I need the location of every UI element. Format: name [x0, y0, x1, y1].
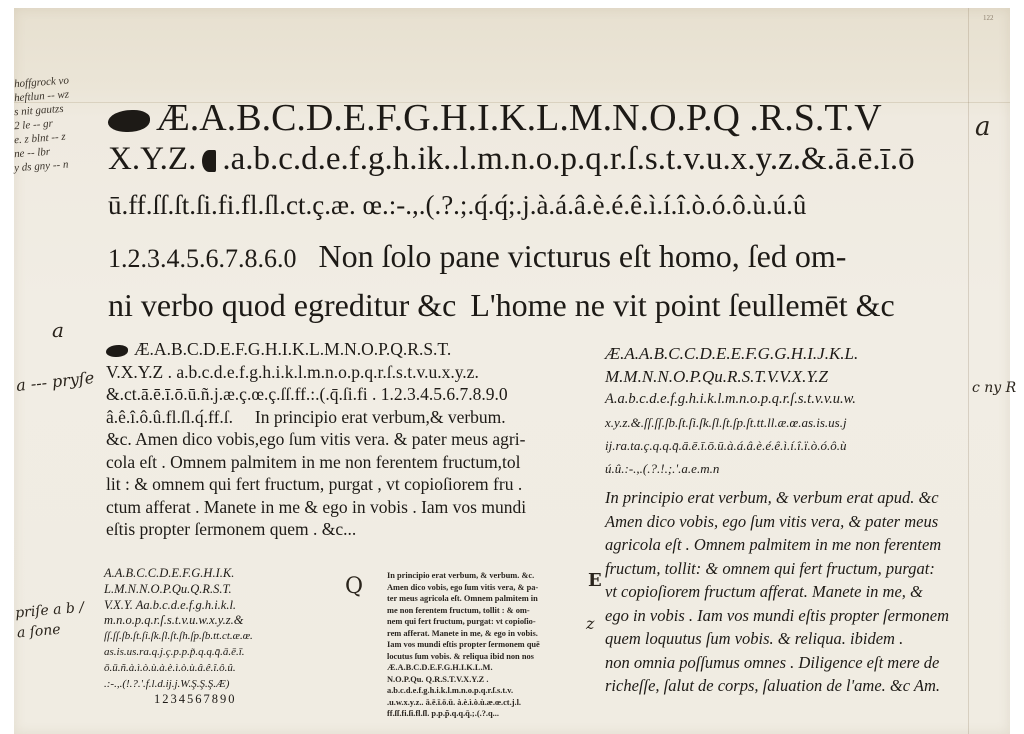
- main-uppercase-line: Æ.A.B.C.D.E.F.G.H.I.K.L.M.N.O.P.Q .R.S.T…: [108, 96, 882, 140]
- specimen-line: M.M.N.N.O.P.Qu.R.S.T.V.V.X.Y.Z: [605, 365, 967, 388]
- specimen-line: ego in vobis . Iam vos mundi eſtis propt…: [605, 604, 967, 628]
- specimen-line: ter meus agricola eſt. Omnem palmitem in: [387, 593, 587, 605]
- specimen-line: x.y.z.&.ſſ.ſſ.ſb.ſt.ſi.ſk.ſl.ſt.ſp.ſt.tt…: [605, 411, 967, 434]
- latin-text-1: Non ſolo pane victurus eſt homo, ſed om-: [319, 238, 847, 274]
- specimen-line: Iam vos mundi eſtis propter ſermonem quē: [387, 639, 587, 651]
- specimen-line: m.n.o.p.q.r.ſ.s.t.v.u.w.x.y.z.&: [104, 613, 344, 629]
- specimen-line: vt copioſiorem fructum afferat. Manete i…: [605, 580, 967, 604]
- italic-text-block: In principio erat verbum, & verbum erat …: [605, 486, 967, 698]
- specimen-line: ff.ſſ.fi.ſi.fl.ſl. p.p.p̃.q.q.q̄.;.(.?.q…: [387, 708, 587, 720]
- specimen-line: a.b.c.d.e.f.g.h.i.k.l.m.n.o.p.q.r.ſ.s.t.…: [387, 685, 587, 697]
- tiny-roman-specimen-block: In principio erat verbum, & verbum. &c. …: [387, 570, 587, 720]
- marginalia-top-left: hoffgrock vo heftlun -- wz s nit gautzs …: [14, 74, 109, 172]
- main-lowercase-line: X.Y.Z..a.b.c.d.e.f.g.h.ik..l.m.n.o.p.q.r…: [108, 141, 915, 178]
- specimen-line: In principio erat verbum, & verbum. &c.: [387, 570, 587, 582]
- specimen-line: A.a.b.c.d.e.f.g.h.i.k.l.m.n.o.p.q.r.ſ.s.…: [605, 388, 967, 411]
- latin-text-2: ni verbo quod egreditur &c: [108, 287, 456, 323]
- specimen-line: eſtis propter ſermonem quem . &c...: [106, 518, 588, 541]
- roman-specimen-block: Æ.A.B.C.D.E.F.G.H.I.K.L.M.N.O.P.Q.R.S.T.…: [106, 338, 588, 541]
- specimen-line: nem qui fert fructum, purgat: vt copioſi…: [387, 616, 587, 628]
- marginal-mark-z: z: [586, 614, 594, 633]
- specimen-line: rem afferat. Manete in me, & ego in vobi…: [387, 628, 587, 640]
- specimen-line: ctum afferat . Manete in me & ego in vob…: [106, 496, 588, 519]
- small-italic-specimen-block: A.A.B.C.C.D.E.F.G.H.I.K. L.M.N.N.O.P.Qu.…: [104, 566, 344, 708]
- specimen-line: ſſ.ſſ.ſb.ſt.ſi.ſk.ſl.ſt.ſh.ſp.ſb.tt.ct.æ…: [104, 629, 344, 645]
- numerals: 1.2.3.4.5.6.7.8.6.0: [108, 244, 297, 273]
- specimen-line: L.M.N.N.O.P.Qu.Q.R.S.T.: [104, 582, 344, 598]
- specimen-line: Amen dico vobis, ego ſum vitis vera, & p…: [387, 582, 587, 594]
- marginal-mark-left: a: [52, 318, 64, 342]
- specimen-line: â.ê.î.ô.û.fl.ſl.q́.ff.ſ. In principio er…: [106, 406, 588, 429]
- marginal-mark-e: E: [588, 570, 602, 591]
- specimen-line: quem loquutus ſum vobis. & reliqua. ibid…: [605, 627, 967, 651]
- specimen-line: ō.ū.ñ.à.ì.ò.ù.à.è.ì.ò.ù.â.ê.î.ô.û.: [104, 661, 344, 677]
- specimen-line: A.A.B.C.C.D.E.F.G.H.I.K.: [104, 566, 344, 582]
- specimen-line: richeſſe, ſalut de corps, ſaluation de l…: [605, 674, 967, 698]
- specimen-line: me non ferentem fructum, tollit : & om-: [387, 605, 587, 617]
- specimen-line: &.ct.ā.ē.ī.ō.ū.ñ.j.æ.ç.œ.ç.ſſ.ff.:.(.q̄.…: [106, 383, 588, 406]
- french-text: L'home ne vit point ſeullemēt &c: [470, 287, 894, 323]
- pilcrow-icon: [202, 150, 216, 172]
- specimen-line: fructum, tollit: & omnem qui fert fructu…: [605, 557, 967, 581]
- specimen-line: lit : & omnem qui fert fructum, purgat ,…: [106, 473, 588, 496]
- specimen-line: Æ.A.A.B.C.C.D.E.E.F.G.G.H.I.J.K.L.: [605, 342, 967, 365]
- specimen-line: .:-.,.(!.?.'.f.l.d.ij.j.W.Ş.Ş.Ş.Æ): [104, 677, 344, 693]
- marginal-mark-q: Q: [345, 574, 363, 599]
- specimen-line: In principio erat verbum, & verbum erat …: [605, 486, 967, 510]
- marginal-note-right-mid: c ny R: [972, 380, 1016, 396]
- main-ligature-line: ū.ff.ſſ.ſt.ſi.fi.fl.ſl.ct.ç.æ. œ.:-.,.(.…: [108, 190, 806, 221]
- marginal-note-left-low: priſe a b / a ſone: [14, 597, 97, 644]
- specimen-line: V.X.Y. Aa.b.c.d.e.f.g.h.i.k.l.: [104, 598, 344, 614]
- specimen-line: cola eſt . Omnem palmitem in me non fere…: [106, 451, 588, 474]
- specimen-line: non omnia poſſumus omnes . Diligence eſt…: [605, 651, 967, 675]
- specimen-line: agricola eſt . Omnem palmitem in me non …: [605, 533, 967, 557]
- specimen-line: Æ.A.B.C.D.E.F.G.H.I.K.L.M.N.O.P.Q.R.S.T.: [106, 338, 588, 361]
- specimen-line: ij.ra.ta.ç.q.q.q̄.ā.ē.ī.ō.ū.à.á.â.è.é.ê.…: [605, 434, 967, 457]
- specimen-digits: 1234567890: [104, 692, 344, 708]
- main-text-line-2: ni verbo quod egreditur &cL'home ne vit …: [108, 287, 895, 324]
- specimen-line: N.O.P.Qu. Q.R.S.T.V.X.Y.Z .: [387, 674, 587, 686]
- main-numeral-text-line: 1.2.3.4.5.6.7.8.6.0Non ſolo pane victuru…: [108, 238, 846, 275]
- specimen-line: Æ.A.B.C.D.E.F.G.H.I.K.L.M.: [387, 662, 587, 674]
- specimen-line: &c. Amen dico vobis,ego ſum vitis vera. …: [106, 428, 588, 451]
- margin-rule: [968, 8, 969, 734]
- specimen-line: V.X.Y.Z . a.b.c.d.e.f.g.h.i.k.l.m.n.o.p.…: [106, 361, 588, 384]
- specimen-line: Amen dico vobis, ego ſum vitis vera, & p…: [605, 510, 967, 534]
- italic-alphabet-block: Æ.A.A.B.C.C.D.E.E.F.G.G.H.I.J.K.L. M.M.N…: [605, 342, 967, 480]
- folio-number: 122: [983, 14, 994, 22]
- marginal-mark-right-top: a: [975, 112, 991, 142]
- specimen-line: as.is.us.ra.q.j.ç.p.p.p̃.q.q.q̄.ā.ē.ī.: [104, 645, 344, 661]
- specimen-line: .u.w.x.y.z.. ā.ē.ī.ō.ū. à.è.ì.ò.ù.æ.œ.ct…: [387, 697, 587, 709]
- specimen-line: locutus ſum vobis. & reliqua ibid non no…: [387, 651, 587, 663]
- fleuron-icon: [106, 345, 128, 357]
- fleuron-icon: [108, 110, 150, 132]
- specimen-line: ú.û.:-.,.(.?.!.;.'.a.e.m.n: [605, 457, 967, 480]
